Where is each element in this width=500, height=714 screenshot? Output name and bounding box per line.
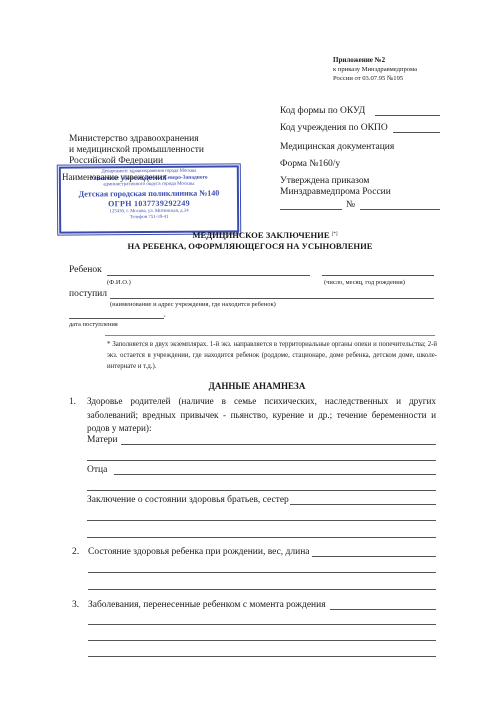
appendix-title: Приложение №2 — [333, 56, 417, 65]
item3-field-line4[interactable] — [88, 656, 436, 657]
dob-caption: (число, месяц, год рождения) — [324, 278, 405, 287]
father-field[interactable] — [114, 474, 436, 475]
title-footnote-mark: [*] — [332, 232, 338, 237]
okud-field[interactable] — [375, 115, 440, 116]
approved-line2: Минздравмедпрома России — [280, 186, 391, 198]
okpo-label: Код учреждения по ОКПО — [280, 122, 388, 134]
father-label: Отца — [87, 464, 107, 476]
siblings-field-line3[interactable] — [87, 537, 436, 538]
admission-date-caption: дата поступления — [69, 320, 118, 329]
appendix-note: Приложение №2 к приказу Минздравмедпрома… — [333, 56, 417, 83]
item2-field-line3[interactable] — [88, 589, 436, 590]
siblings-field-line2[interactable] — [87, 520, 436, 521]
item3-text: Заболевания, перенесенные ребенком с мом… — [88, 599, 326, 611]
date-comma: , — [164, 310, 166, 319]
institution-field[interactable] — [110, 298, 434, 299]
footnote-divider — [105, 335, 435, 336]
child-label: Ребенок — [69, 264, 102, 276]
okud-label: Код формы по ОКУД — [280, 105, 365, 117]
order-date-field[interactable] — [280, 209, 342, 210]
footnote-text: * Заполняется в двух экземплярах. 1-й эк… — [107, 339, 437, 372]
mother-label: Матери — [87, 434, 118, 446]
item2-field[interactable] — [312, 556, 436, 557]
item3-field-line2[interactable] — [88, 624, 436, 625]
item3-field[interactable] — [330, 609, 436, 610]
item2-field-line2[interactable] — [88, 572, 436, 573]
title-line1: МЕДИЦИНСКОЕ ЗАКЛЮЧЕНИЕ — [192, 230, 329, 240]
item3-number: 3. — [72, 599, 79, 611]
item2-text: Состояние здоровья ребенка при рождении,… — [88, 546, 310, 558]
admitted-label: поступил — [69, 288, 107, 300]
siblings-field[interactable] — [290, 504, 436, 505]
mother-field-line2[interactable] — [87, 460, 436, 461]
number-sign: № — [346, 199, 355, 211]
appendix-date: России от 03.07.95 №195 — [333, 74, 417, 83]
stamp-line4: Детская городская поликлиника №140 — [61, 188, 237, 199]
admission-date-field[interactable] — [69, 318, 164, 319]
title-line2: НА РЕБЕНКА, ОФОРМЛЯЮЩЕГОСЯ НА УСЫНОВЛЕНИ… — [0, 241, 500, 252]
item2-number: 2. — [72, 546, 79, 558]
anamnesis-heading: ДАННЫЕ АНАМНЕЗА — [0, 381, 500, 391]
stamp-line3: административного округа города Москвы — [61, 181, 237, 188]
okpo-field[interactable] — [393, 132, 440, 133]
item1-number: 1. — [69, 395, 81, 409]
child-name-field[interactable] — [107, 275, 310, 276]
document-title: МЕДИЦИНСКОЕ ЗАКЛЮЧЕНИЕ [*] НА РЕБЕНКА, О… — [0, 229, 500, 252]
siblings-label: Заключение о состоянии здоровья братьев,… — [87, 494, 289, 506]
form-number: Форма №160/у — [280, 158, 340, 170]
order-number-field[interactable] — [360, 209, 440, 210]
institution-caption: (наименование и адрес учреждения, где на… — [110, 300, 276, 309]
name-caption: (Ф.И.О.) — [107, 278, 131, 287]
medical-documentation-label: Медицинская документация — [280, 141, 394, 153]
mother-field[interactable] — [121, 444, 436, 445]
stamp-line7: Телефон 751-39-41 — [61, 214, 237, 221]
item1-text: Здоровье родителей (наличие в семье псих… — [87, 395, 436, 436]
appendix-order: к приказу Минздравмедпрома — [333, 65, 417, 74]
father-field-line2[interactable] — [87, 490, 436, 491]
institution-name-label: Наименование учреждения — [62, 172, 166, 182]
child-dob-field[interactable] — [322, 275, 434, 276]
item3-field-line3[interactable] — [88, 640, 436, 641]
